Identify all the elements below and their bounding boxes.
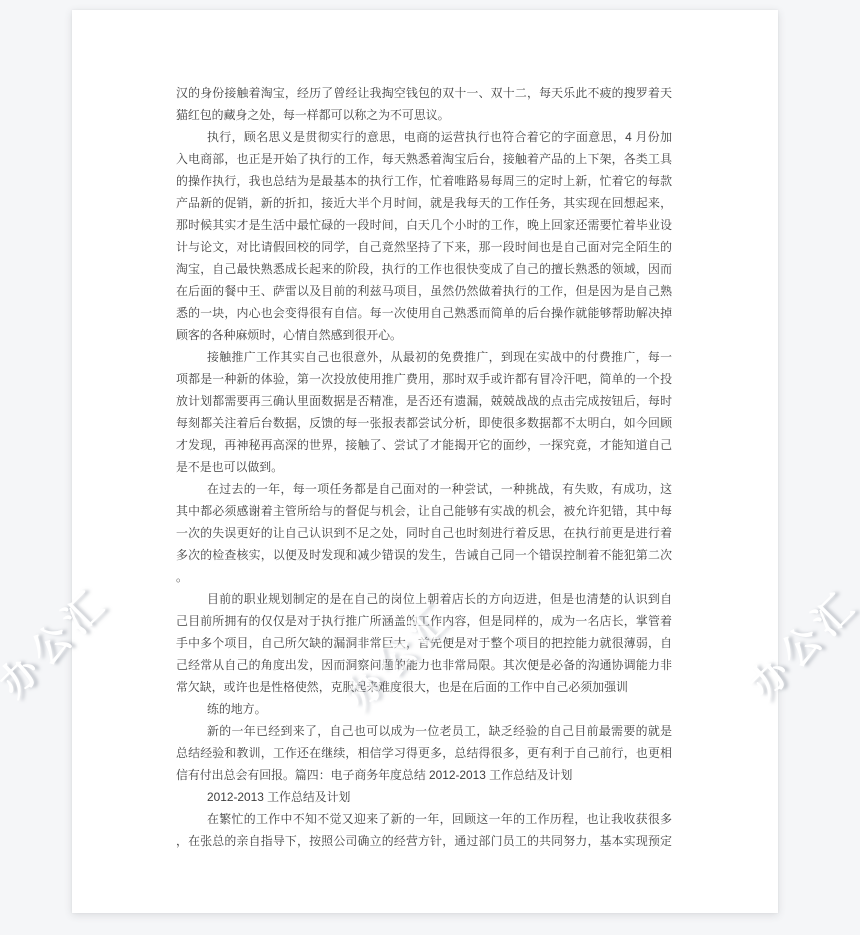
text-line: 才发现，再神秘再高深的世界，接触了、尝试了才能揭开它的面纱，一探究竟，才能知道自… <box>176 434 672 456</box>
text-line: 总结经验和教训，工作还在继续，相信学习得更多，总结得很多，更有利于自己前行，也更… <box>176 742 672 764</box>
text-line: 是不是也可以做到。 <box>176 456 672 478</box>
text-line: 2012-2013 工作总结及计划 <box>176 786 672 808</box>
text-line: 己经常从自己的角度出发，因而洞察问题的能力也非常局限。其次便是必备的沟通协调能力… <box>176 654 672 676</box>
text-line: 一次的失误更好的让自己认识到不足之处，同时自己也时刻进行着反思，在执行前更是进行… <box>176 522 672 544</box>
document-body: 汉的身份接触着淘宝，经历了曾经让我掏空钱包的双十一、双十二，每天乐此不疲的搜罗着… <box>176 82 672 852</box>
text-line: 手中多个项目，自己所欠缺的漏洞非常巨大，首先便是对于整个项目的把控能力就很薄弱，… <box>176 632 672 654</box>
text-line: ，在张总的亲自指导下，按照公司确立的经营方针，通过部门员工的共同努力，基本实现预… <box>176 830 672 852</box>
text-line: 顾客的各种麻烦时，心情自然感到很开心。 <box>176 324 672 346</box>
text-line: 那时候其实才是生活中最忙碌的一段时间，白天几个小时的工作，晚上回家还需要忙着毕业… <box>176 214 672 236</box>
document-page: 汉的身份接触着淘宝，经历了曾经让我掏空钱包的双十一、双十二，每天乐此不疲的搜罗着… <box>72 10 778 913</box>
text-line: 其中都必须感谢着主管所给与的督促与机会，让自己能够有实战的机会，被允许犯错，其中… <box>176 500 672 522</box>
text-line: 信有付出总会有回报。篇四：电子商务年度总结 2012-2013 工作总结及计划 <box>176 764 672 786</box>
text-line: 入电商部，也正是开始了执行的工作，每天熟悉着淘宝后台，接触着产品的上下架，各类工… <box>176 148 672 170</box>
document-viewer: 汉的身份接触着淘宝，经历了曾经让我掏空钱包的双十一、双十二，每天乐此不疲的搜罗着… <box>0 0 860 935</box>
text-line: 放计划都需要再三确认里面数据是否精准，是否还有遗漏，兢兢战战的点击完成按钮后，每… <box>176 390 672 412</box>
text-line: 计与论文，对比请假回校的同学，自己竟然坚持了下来，那一段时间也是自己面对完全陌生… <box>176 236 672 258</box>
text-line: 练的地方。 <box>176 698 672 720</box>
text-line: 。 <box>176 566 672 588</box>
text-line: 项都是一种新的体验，第一次投放使用推广费用，那时双手或许都有冒冷汗吧，简单的一个… <box>176 368 672 390</box>
text-line: 每刻都关注着后台数据，反馈的每一张报表都尝试分析，即使很多数据都不太明白，如今回… <box>176 412 672 434</box>
text-line: 在过去的一年，每一项任务都是自己面对的一种尝试，一种挑战，有失败，有成功，这 <box>176 478 672 500</box>
text-line: 产品新的促销，新的折扣，接近大半个月时间，就是我每天的工作任务，其实现在回想起来… <box>176 192 672 214</box>
text-line: 淘宝，自己最快熟悉成长起来的阶段，执行的工作也很快变成了自己的擅长熟悉的领域，因… <box>176 258 672 280</box>
text-line: 在繁忙的工作中不知不觉又迎来了新的一年，回顾这一年的工作历程，也让我收获很多 <box>176 808 672 830</box>
text-line: 汉的身份接触着淘宝，经历了曾经让我掏空钱包的双十一、双十二，每天乐此不疲的搜罗着… <box>176 82 672 104</box>
text-line: 新的一年已经到来了，自己也可以成为一位老员工，缺乏经验的自己目前最需要的就是 <box>176 720 672 742</box>
text-line: 多次的检查核实，以便及时发现和减少错误的发生，告诫自己同一个错误控制着不能犯第二… <box>176 544 672 566</box>
text-line: 接触推广工作其实自己也很意外，从最初的免费推广，到现在实战中的付费推广，每一 <box>176 346 672 368</box>
text-line: 猫红包的藏身之处，每一样都可以称之为不可思议。 <box>176 104 672 126</box>
text-line: 的操作执行，我也总结为是最基本的执行工作，忙着唯路易每周三的定时上新，忙着它的每… <box>176 170 672 192</box>
text-line: 己目前所拥有的仅仅是对于执行推广所涵盖的工作内容，但是同样的，成为一名店长，掌管… <box>176 610 672 632</box>
text-line: 执行，顾名思义是贯彻实行的意思，电商的运营执行也符合着它的字面意思，4 月份加 <box>176 126 672 148</box>
text-line: 在后面的餐中王、萨雷以及目前的利兹马项目，虽然仍然做着执行的工作，但是因为是自己… <box>176 280 672 302</box>
text-line: 悉的一块，内心也会变得很有自信。每一次使用自己熟悉而简单的后台操作就能够帮助解决… <box>176 302 672 324</box>
text-line: 目前的职业规划制定的是在自己的岗位上朝着店长的方向迈进，但是也清楚的认识到自 <box>176 588 672 610</box>
text-line: 常欠缺，或许也是性格使然，克服起来难度很大，也是在后面的工作中自己必须加强训 <box>176 676 672 698</box>
